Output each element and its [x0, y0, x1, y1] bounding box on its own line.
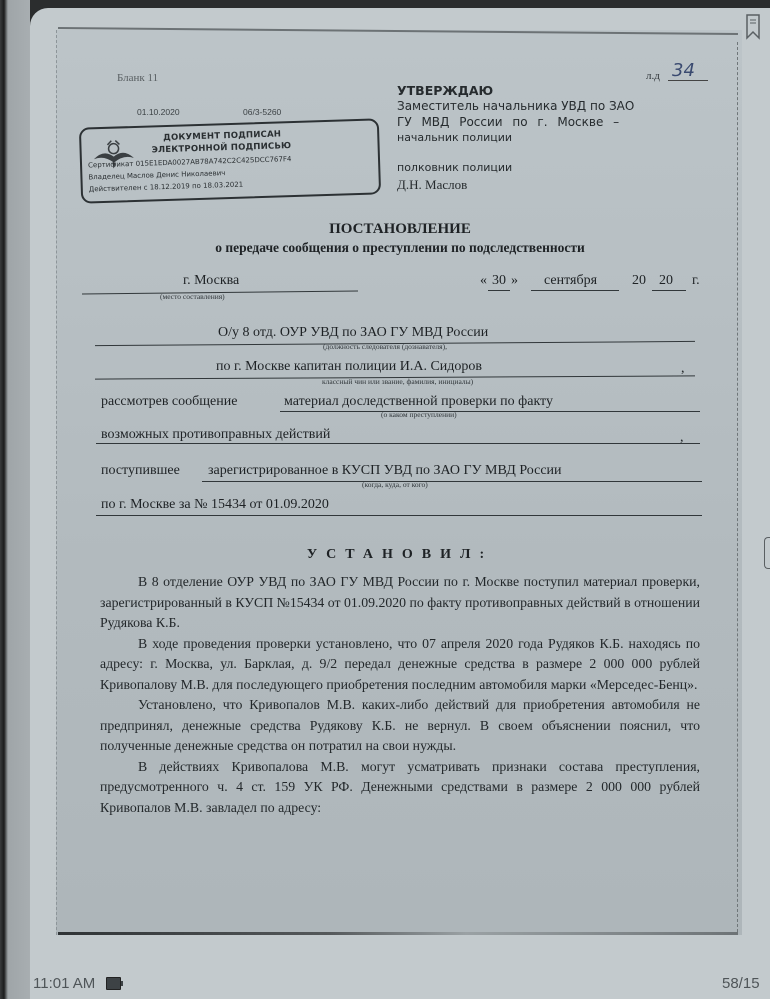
approval-position-line1: Заместитель начальника УВД по ЗАО [397, 99, 634, 113]
date-open-quote: « [480, 273, 487, 289]
body-paragraph: В ходе проведения проверки установлено, … [100, 634, 700, 696]
place-caption: (место составления) [160, 292, 225, 301]
bookmark-icon[interactable] [745, 14, 761, 40]
established-heading: УСТАНОВИЛ: [0, 547, 770, 563]
stamp-validity: Действителен с 18.12.2019 по 18.03.2021 [89, 181, 244, 194]
approval-name: Д.Н. Маслов [397, 177, 467, 193]
received-label: поступившее [101, 463, 180, 479]
officer-position-caption: (должность следователя (дознавателя), [323, 342, 447, 351]
date-month: сентября [544, 273, 597, 289]
received-value-line2: по г. Москве за № 15434 от 01.09.2020 [101, 497, 329, 513]
officer-name: по г. Москве капитан полиции И.А. Сидоро… [216, 359, 482, 375]
month-underline [531, 290, 619, 291]
considered-underline [280, 411, 700, 412]
considered-value-line2: возможных противоправных действий [101, 427, 330, 443]
considered-label: рассмотрев сообщение [101, 394, 237, 410]
page-right-edge [737, 42, 739, 932]
sheet-label: л.д [646, 70, 660, 82]
page-bottom-edge [58, 932, 738, 935]
place-value: г. Москва [183, 273, 239, 289]
stamp-title-line2: ЭЛЕКТРОННОЙ ПОДПИСЬЮ [151, 141, 291, 155]
document-body: В 8 отделение ОУР УВД по ЗАО ГУ МВД Росс… [100, 572, 700, 818]
approval-heading: УТВЕРЖДАЮ [397, 83, 493, 98]
outgoing-date: 01.10.2020 [137, 107, 180, 117]
considered-value: материал доследственной проверки по факт… [284, 394, 553, 410]
device-bezel [0, 0, 30, 999]
officer-name-caption: классный чин или звание, фамилия, инициа… [322, 377, 473, 386]
day-underline [488, 290, 510, 291]
sheet-number: 34 [672, 60, 695, 81]
date-year-end: г. [692, 273, 700, 289]
received-value: зарегистрированное в КУСП УВД по ЗАО ГУ … [208, 463, 562, 479]
form-label: Бланк 11 [117, 72, 158, 84]
stamp-owner: Владелец Маслов Денис Николаевич [88, 169, 225, 181]
considered-line2-underline [96, 443, 700, 444]
reader-status-bar [30, 960, 770, 999]
date-year-suffix: 20 [659, 273, 673, 289]
approval-position-line3: начальник полиции [397, 131, 512, 144]
body-paragraph: В действиях Кривопалова М.В. могут усмат… [100, 757, 700, 819]
approval-position-line2: ГУ МВД России по г. Москве – [397, 115, 619, 129]
document-subtitle: о передаче сообщения о преступлении по п… [0, 240, 770, 256]
battery-icon [106, 977, 121, 990]
approval-rank: полковник полиции [397, 161, 512, 174]
considered-caption: (о каком преступлении) [381, 410, 457, 419]
document-title: ПОСТАНОВЛЕНИЕ [0, 221, 770, 238]
clock: 11:01 AM [33, 975, 95, 992]
officer-position: О/у 8 отд. ОУР УВД по ЗАО ГУ МВД России [218, 325, 488, 341]
received-caption: (когда, куда, от кого) [362, 480, 428, 489]
sheet-number-underline [668, 80, 708, 81]
body-paragraph: Установлено, что Кривопалов М.В. каких-л… [100, 695, 700, 757]
received-line2-underline [96, 515, 702, 516]
received-underline [202, 481, 702, 482]
year-underline [652, 290, 686, 291]
date-day: 30 [492, 273, 506, 289]
outgoing-number: 06/3-5260 [243, 107, 281, 117]
e-signature-stamp: ДОКУМЕНТ ПОДПИСАН ЭЛЕКТРОННОЙ ПОДПИСЬЮ С… [79, 118, 381, 203]
page-counter[interactable]: 58/15 [722, 975, 760, 992]
date-year-prefix: 20 [632, 273, 646, 289]
body-paragraph: В 8 отделение ОУР УВД по ЗАО ГУ МВД Росс… [100, 572, 700, 634]
date-close-quote: » [511, 273, 518, 289]
